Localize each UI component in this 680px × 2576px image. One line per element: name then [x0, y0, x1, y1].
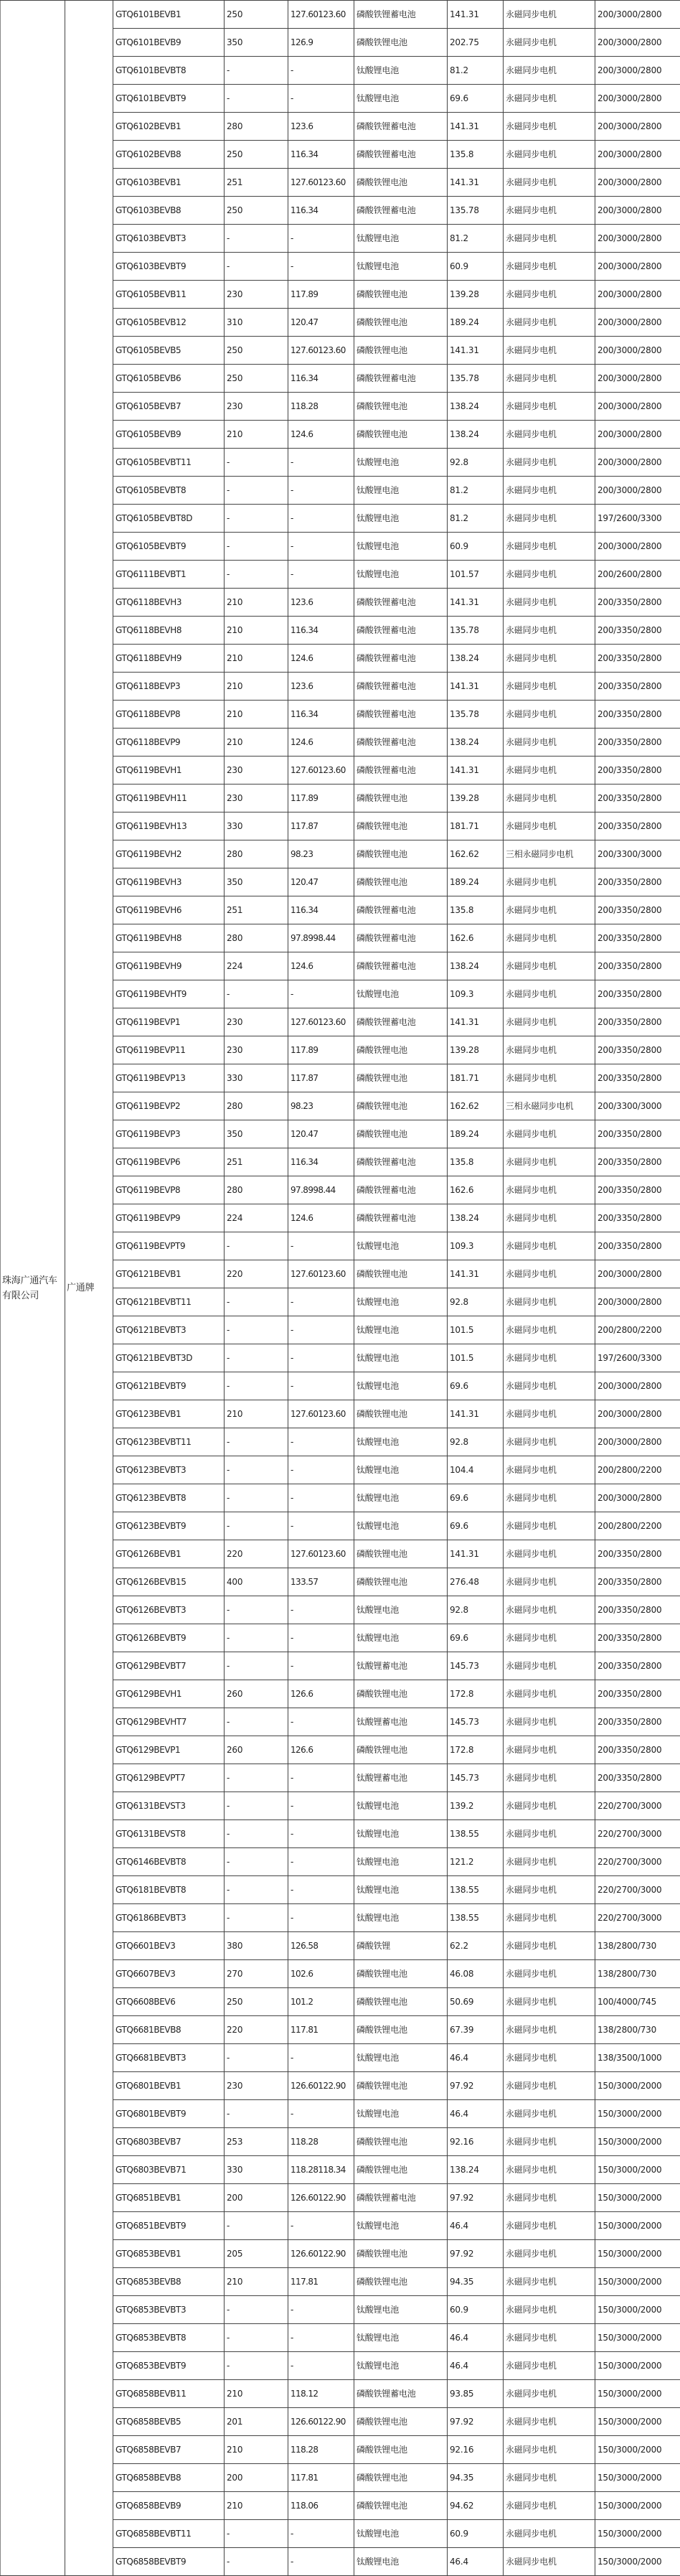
cell-battery-type: 磷酸铁锂电池	[354, 784, 448, 812]
cell-energy-density: -	[288, 1344, 354, 1372]
cell-motor-spec: 138/3500/1000	[595, 2044, 680, 2072]
cell-battery-capacity: 121.2	[448, 1848, 504, 1876]
cell-motor-spec: 200/3350/2800	[595, 1652, 680, 1680]
cell-motor-type: 永磁同步电机	[504, 701, 595, 729]
cell-range: 200	[225, 2464, 288, 2492]
cell-battery-capacity: 138.24	[448, 952, 504, 980]
cell-model: GTQ6119BEVH2	[113, 840, 225, 868]
cell-motor-type: 永磁同步电机	[504, 85, 595, 113]
cell-motor-spec: 200/3000/2800	[595, 57, 680, 85]
cell-battery-capacity: 172.8	[448, 1680, 504, 1708]
cell-battery-type: 磷酸铁锂电池	[354, 281, 448, 309]
cell-range: 350	[225, 868, 288, 896]
cell-motor-type: 永磁同步电机	[504, 617, 595, 645]
cell-model: GTQ6103BEVB1	[113, 169, 225, 197]
cell-motor-type: 永磁同步电机	[504, 2408, 595, 2436]
cell-model: GTQ6119BEVP1	[113, 1008, 225, 1036]
cell-motor-type: 永磁同步电机	[504, 337, 595, 365]
cell-model: GTQ6858BEVB5	[113, 2408, 225, 2436]
cell-model: GTQ6119BEVP6	[113, 1148, 225, 1176]
cell-battery-type: 磷酸铁锂电池	[354, 840, 448, 868]
cell-battery-type: 磷酸铁锂电池	[354, 1540, 448, 1568]
cell-model: GTQ6126BEVBT9	[113, 1624, 225, 1652]
cell-motor-type: 永磁同步电机	[504, 1736, 595, 1764]
cell-battery-capacity: 60.9	[448, 2296, 504, 2324]
cell-battery-capacity: 101.57	[448, 561, 504, 589]
cell-energy-density: 117.87	[288, 812, 354, 840]
cell-battery-capacity: 69.6	[448, 1512, 504, 1540]
cell-battery-capacity: 101.5	[448, 1316, 504, 1344]
cell-energy-density: 116.34	[288, 896, 354, 924]
cell-battery-type: 磷酸铁锂蓄电池	[354, 1204, 448, 1232]
cell-energy-density: -	[288, 225, 354, 253]
cell-motor-spec: 150/3000/2000	[595, 2240, 680, 2268]
cell-motor-type: 永磁同步电机	[504, 2352, 595, 2380]
cell-battery-capacity: 92.8	[448, 1288, 504, 1316]
cell-range: -	[225, 1652, 288, 1680]
cell-battery-type: 钛酸锂电池	[354, 1316, 448, 1344]
cell-energy-density: -	[288, 980, 354, 1008]
cell-motor-spec: 138/2800/730	[595, 2016, 680, 2044]
cell-range: 260	[225, 1736, 288, 1764]
cell-battery-capacity: 62.2	[448, 1932, 504, 1960]
cell-motor-spec: 150/3000/2000	[595, 2324, 680, 2352]
cell-motor-spec: 200/3350/2800	[595, 1176, 680, 1204]
cell-battery-type: 磷酸铁锂电池	[354, 2240, 448, 2268]
cell-battery-type: 钛酸锂蓄电池	[354, 1652, 448, 1680]
cell-motor-spec: 150/3000/2000	[595, 2128, 680, 2156]
cell-model: GTQ6118BEVH8	[113, 617, 225, 645]
cell-range: 210	[225, 701, 288, 729]
cell-battery-capacity: 141.31	[448, 1008, 504, 1036]
cell-range: 230	[225, 1036, 288, 1064]
cell-model: GTQ6102BEVB8	[113, 141, 225, 169]
cell-battery-type: 磷酸铁锂电池	[354, 29, 448, 57]
cell-battery-type: 磷酸铁锂蓄电池	[354, 729, 448, 757]
cell-model: GTQ6105BEVB7	[113, 393, 225, 421]
cell-motor-spec: 200/3350/2800	[595, 952, 680, 980]
cell-range: -	[225, 2520, 288, 2548]
cell-battery-type: 钛酸锂电池	[354, 2100, 448, 2128]
cell-model: GTQ6101BEVB9	[113, 29, 225, 57]
cell-battery-capacity: 138.24	[448, 729, 504, 757]
cell-battery-type: 钛酸锂电池	[354, 2044, 448, 2072]
cell-battery-capacity: 162.62	[448, 840, 504, 868]
cell-battery-capacity: 97.92	[448, 2240, 504, 2268]
cell-battery-capacity: 162.6	[448, 1176, 504, 1204]
cell-model: GTQ6119BEVH11	[113, 784, 225, 812]
cell-energy-density: -	[288, 1848, 354, 1876]
cell-model: GTQ6853BEVB8	[113, 2268, 225, 2296]
cell-range: 210	[225, 617, 288, 645]
cell-motor-spec: 200/3350/2800	[595, 589, 680, 617]
cell-model: GTQ6105BEVB6	[113, 365, 225, 393]
cell-model: GTQ6101BEVBT8	[113, 57, 225, 85]
cell-energy-density: -	[288, 449, 354, 477]
cell-motor-type: 三相永磁同步电机	[504, 840, 595, 868]
cell-energy-density: -	[288, 85, 354, 113]
cell-model: GTQ6851BEVB1	[113, 2184, 225, 2212]
cell-range: 210	[225, 2492, 288, 2520]
cell-motor-spec: 220/2700/3000	[595, 1876, 680, 1904]
cell-battery-type: 磷酸铁锂电池	[354, 1680, 448, 1708]
cell-motor-type: 永磁同步电机	[504, 1064, 595, 1092]
cell-model: GTQ6129BEVBT7	[113, 1652, 225, 1680]
cell-motor-type: 永磁同步电机	[504, 1512, 595, 1540]
cell-battery-type: 磷酸铁锂电池	[354, 1400, 448, 1428]
cell-motor-type: 永磁同步电机	[504, 2072, 595, 2100]
cell-battery-capacity: 92.8	[448, 1428, 504, 1456]
cell-motor-spec: 200/3350/2800	[595, 729, 680, 757]
cell-battery-capacity: 97.92	[448, 2072, 504, 2100]
cell-motor-spec: 150/3000/2000	[595, 2436, 680, 2464]
cell-motor-type: 永磁同步电机	[504, 421, 595, 449]
cell-battery-capacity: 138.24	[448, 2156, 504, 2184]
cell-energy-density: 123.6	[288, 673, 354, 701]
cell-motor-spec: 150/3000/2000	[595, 2156, 680, 2184]
cell-energy-density: 98.23	[288, 840, 354, 868]
cell-motor-spec: 200/3000/2800	[595, 309, 680, 337]
cell-range: 260	[225, 1680, 288, 1708]
cell-energy-density: -	[288, 1904, 354, 1932]
cell-motor-type: 永磁同步电机	[504, 561, 595, 589]
cell-model: GTQ6126BEVBT3	[113, 1596, 225, 1624]
cell-model: GTQ6858BEVB8	[113, 2464, 225, 2492]
cell-battery-capacity: 189.24	[448, 868, 504, 896]
cell-battery-capacity: 145.73	[448, 1764, 504, 1792]
cell-energy-density: 127.60123.60	[288, 1008, 354, 1036]
cell-battery-type: 钛酸锂电池	[354, 1820, 448, 1848]
cell-battery-capacity: 135.8	[448, 896, 504, 924]
cell-battery-type: 磷酸铁锂蓄电池	[354, 645, 448, 673]
cell-model: GTQ6103BEVB8	[113, 197, 225, 225]
cell-energy-density: 126.60122.90	[288, 2240, 354, 2268]
cell-battery-type: 磷酸铁锂电池	[354, 2492, 448, 2520]
cell-battery-capacity: 46.4	[448, 2100, 504, 2128]
cell-energy-density: -	[288, 1288, 354, 1316]
cell-battery-type: 钛酸锂电池	[354, 1456, 448, 1484]
cell-range: 220	[225, 2016, 288, 2044]
cell-battery-capacity: 141.31	[448, 1, 504, 29]
cell-model: GTQ6181BEVBT8	[113, 1876, 225, 1904]
cell-energy-density: 116.34	[288, 701, 354, 729]
cell-battery-capacity: 46.08	[448, 1960, 504, 1988]
cell-energy-density: -	[288, 1456, 354, 1484]
cell-battery-type: 钛酸锂电池	[354, 1624, 448, 1652]
cell-battery-type: 钛酸锂电池	[354, 2324, 448, 2352]
cell-motor-type: 永磁同步电机	[504, 253, 595, 281]
cell-motor-type: 永磁同步电机	[504, 1, 595, 29]
cell-model: GTQ6119BEVP11	[113, 1036, 225, 1064]
cell-model: GTQ6123BEVB1	[113, 1400, 225, 1428]
cell-energy-density: 123.6	[288, 113, 354, 141]
cell-battery-capacity: 46.4	[448, 2352, 504, 2380]
cell-battery-capacity: 138.55	[448, 1876, 504, 1904]
cell-energy-density: 124.6	[288, 421, 354, 449]
cell-motor-spec: 220/2700/3000	[595, 1904, 680, 1932]
cell-range: -	[225, 505, 288, 533]
cell-motor-spec: 150/3000/2000	[595, 2296, 680, 2324]
cell-motor-spec: 200/3000/2800	[595, 113, 680, 141]
cell-energy-density: -	[288, 561, 354, 589]
cell-energy-density: -	[288, 1652, 354, 1680]
cell-motor-spec: 200/3350/2800	[595, 1568, 680, 1596]
cell-battery-type: 钛酸锂电池	[354, 1232, 448, 1260]
cell-motor-spec: 200/3000/2800	[595, 337, 680, 365]
cell-range: 250	[225, 197, 288, 225]
cell-model: GTQ6119BEVH8	[113, 924, 225, 952]
cell-range: 280	[225, 840, 288, 868]
cell-motor-spec: 200/3000/2800	[595, 449, 680, 477]
cell-motor-type: 永磁同步电机	[504, 2520, 595, 2548]
cell-model: GTQ6851BEVBT9	[113, 2212, 225, 2240]
cell-motor-type: 永磁同步电机	[504, 784, 595, 812]
cell-motor-type: 永磁同步电机	[504, 2240, 595, 2268]
cell-model: GTQ6801BEVB1	[113, 2072, 225, 2100]
cell-range: 220	[225, 1260, 288, 1288]
cell-battery-type: 钛酸锂电池	[354, 1512, 448, 1540]
cell-model: GTQ6131BEVST8	[113, 1820, 225, 1848]
cell-battery-capacity: 60.9	[448, 253, 504, 281]
cell-energy-density: -	[288, 1372, 354, 1400]
cell-battery-type: 磷酸铁锂蓄电池	[354, 589, 448, 617]
cell-energy-density: 127.60123.60	[288, 1, 354, 29]
cell-range: -	[225, 980, 288, 1008]
cell-motor-spec: 150/3000/2000	[595, 2380, 680, 2408]
cell-energy-density: -	[288, 1596, 354, 1624]
cell-energy-density: 127.60123.60	[288, 1400, 354, 1428]
cell-motor-spec: 200/3000/2800	[595, 533, 680, 561]
cell-battery-capacity: 60.9	[448, 533, 504, 561]
cell-battery-type: 磷酸铁锂电池	[354, 812, 448, 840]
cell-range: -	[225, 225, 288, 253]
cell-motor-spec: 220/2700/3000	[595, 1848, 680, 1876]
cell-model: GTQ6121BEVB1	[113, 1260, 225, 1288]
cell-battery-capacity: 189.24	[448, 309, 504, 337]
cell-battery-type: 磷酸铁锂蓄电池	[354, 113, 448, 141]
cell-energy-density: 120.47	[288, 868, 354, 896]
cell-motor-spec: 200/3000/2800	[595, 85, 680, 113]
cell-battery-type: 磷酸铁锂电池	[354, 2464, 448, 2492]
cell-motor-type: 永磁同步电机	[504, 1708, 595, 1736]
cell-battery-type: 钛酸锂电池	[354, 449, 448, 477]
cell-motor-spec: 200/3350/2800	[595, 1540, 680, 1568]
cell-battery-type: 钛酸锂电池	[354, 1904, 448, 1932]
cell-model: GTQ6607BEV3	[113, 1960, 225, 1988]
cell-battery-capacity: 69.6	[448, 85, 504, 113]
cell-motor-type: 永磁同步电机	[504, 924, 595, 952]
cell-energy-density: 118.28	[288, 393, 354, 421]
cell-model: GTQ6853BEVB1	[113, 2240, 225, 2268]
cell-motor-type: 永磁同步电机	[504, 1848, 595, 1876]
cell-battery-type: 磷酸铁锂蓄电池	[354, 701, 448, 729]
cell-energy-density: 116.34	[288, 1148, 354, 1176]
cell-motor-spec: 200/3300/3000	[595, 1092, 680, 1120]
cell-energy-density: -	[288, 1876, 354, 1904]
cell-model: GTQ6681BEVBT3	[113, 2044, 225, 2072]
cell-motor-type: 永磁同步电机	[504, 1596, 595, 1624]
cell-motor-spec: 200/3350/2800	[595, 617, 680, 645]
cell-battery-type: 磷酸铁锂电池	[354, 2156, 448, 2184]
cell-range: 210	[225, 673, 288, 701]
cell-model: GTQ6123BEVBT3	[113, 1456, 225, 1484]
cell-battery-type: 磷酸铁锂电池	[354, 1092, 448, 1120]
cell-range: -	[225, 2324, 288, 2352]
cell-motor-type: 永磁同步电机	[504, 589, 595, 617]
cell-battery-capacity: 141.31	[448, 673, 504, 701]
cell-motor-spec: 138/2800/730	[595, 1932, 680, 1960]
cell-energy-density: -	[288, 2548, 354, 2576]
cell-motor-spec: 200/3000/2800	[595, 421, 680, 449]
cell-motor-spec: 150/3000/2000	[595, 2100, 680, 2128]
cell-battery-capacity: 92.16	[448, 2128, 504, 2156]
cell-motor-spec: 200/3000/2800	[595, 225, 680, 253]
cell-energy-density: 126.60122.90	[288, 2408, 354, 2436]
cell-range: 270	[225, 1960, 288, 1988]
cell-range: 250	[225, 365, 288, 393]
cell-battery-type: 磷酸铁锂电池	[354, 2128, 448, 2156]
cell-model: GTQ6119BEVP2	[113, 1092, 225, 1120]
cell-motor-type: 永磁同步电机	[504, 1820, 595, 1848]
vehicle-spec-table: 珠海广通汽车有限公司广通牌GTQ6101BEVB1250127.60123.60…	[0, 0, 680, 2576]
cell-energy-density: 127.60123.60	[288, 1540, 354, 1568]
cell-energy-density: 118.28	[288, 2128, 354, 2156]
cell-model: GTQ6118BEVH9	[113, 645, 225, 673]
cell-battery-type: 磷酸铁锂电池	[354, 2016, 448, 2044]
cell-model: GTQ6119BEVH6	[113, 896, 225, 924]
cell-energy-density: -	[288, 1792, 354, 1820]
cell-range: 230	[225, 784, 288, 812]
cell-motor-type: 永磁同步电机	[504, 225, 595, 253]
cell-range: 230	[225, 1008, 288, 1036]
cell-battery-type: 磷酸铁锂电池	[354, 1960, 448, 1988]
cell-battery-capacity: 135.8	[448, 141, 504, 169]
cell-motor-spec: 197/2600/3300	[595, 1344, 680, 1372]
cell-battery-capacity: 69.6	[448, 1624, 504, 1652]
cell-model: GTQ6119BEVP13	[113, 1064, 225, 1092]
cell-energy-density: -	[288, 505, 354, 533]
cell-motor-type: 永磁同步电机	[504, 169, 595, 197]
cell-range: -	[225, 2296, 288, 2324]
cell-model: GTQ6119BEVH13	[113, 812, 225, 840]
cell-battery-type: 磷酸铁锂电池	[354, 1736, 448, 1764]
cell-motor-spec: 200/3000/2800	[595, 253, 680, 281]
table-body: 珠海广通汽车有限公司广通牌GTQ6101BEVB1250127.60123.60…	[1, 1, 680, 2576]
cell-battery-capacity: 135.78	[448, 617, 504, 645]
cell-motor-type: 永磁同步电机	[504, 980, 595, 1008]
cell-range: 220	[225, 1540, 288, 1568]
cell-battery-type: 钛酸锂电池	[354, 57, 448, 85]
cell-battery-type: 磷酸铁锂蓄电池	[354, 1176, 448, 1204]
cell-energy-density: 127.60123.60	[288, 337, 354, 365]
cell-battery-type: 钛酸锂电池	[354, 2548, 448, 2576]
cell-range: 400	[225, 1568, 288, 1596]
cell-motor-spec: 200/3350/2800	[595, 701, 680, 729]
cell-motor-spec: 200/3350/2800	[595, 1232, 680, 1260]
cell-range: 350	[225, 1120, 288, 1148]
cell-motor-spec: 150/3000/2000	[595, 2408, 680, 2436]
cell-range: 224	[225, 1204, 288, 1232]
cell-battery-type: 钛酸锂电池	[354, 1428, 448, 1456]
cell-battery-type: 磷酸铁锂蓄电池	[354, 952, 448, 980]
cell-range: 251	[225, 896, 288, 924]
cell-battery-type: 钛酸锂电池	[354, 2212, 448, 2240]
cell-battery-type: 磷酸铁锂	[354, 1932, 448, 1960]
cell-motor-type: 永磁同步电机	[504, 2324, 595, 2352]
cell-range: 280	[225, 924, 288, 952]
cell-model: GTQ6121BEVBT9	[113, 1372, 225, 1400]
cell-energy-density: 127.60123.60	[288, 1260, 354, 1288]
cell-model: GTQ6103BEVBT9	[113, 253, 225, 281]
cell-battery-type: 钛酸锂电池	[354, 225, 448, 253]
cell-motor-spec: 200/3350/2800	[595, 1736, 680, 1764]
cell-motor-spec: 200/3000/2800	[595, 393, 680, 421]
cell-range: -	[225, 1708, 288, 1736]
cell-model: GTQ6858BEVB11	[113, 2380, 225, 2408]
cell-motor-type: 永磁同步电机	[504, 1624, 595, 1652]
cell-battery-type: 磷酸铁锂蓄电池	[354, 896, 448, 924]
cell-motor-spec: 200/3350/2800	[595, 645, 680, 673]
cell-range: -	[225, 1512, 288, 1540]
cell-range: -	[225, 1792, 288, 1820]
cell-model: GTQ6105BEVB12	[113, 309, 225, 337]
cell-motor-type: 永磁同步电机	[504, 1344, 595, 1372]
cell-energy-density: 126.58	[288, 1932, 354, 1960]
cell-motor-type: 永磁同步电机	[504, 393, 595, 421]
cell-battery-capacity: 138.55	[448, 1904, 504, 1932]
cell-range: -	[225, 1596, 288, 1624]
cell-energy-density: 116.34	[288, 617, 354, 645]
cell-energy-density: -	[288, 2044, 354, 2072]
cell-energy-density: 126.6	[288, 1736, 354, 1764]
cell-range: 224	[225, 952, 288, 980]
cell-motor-type: 永磁同步电机	[504, 29, 595, 57]
cell-battery-capacity: 101.5	[448, 1344, 504, 1372]
cell-energy-density: 133.57	[288, 1568, 354, 1596]
cell-motor-type: 永磁同步电机	[504, 141, 595, 169]
cell-battery-capacity: 94.35	[448, 2268, 504, 2296]
cell-range: 210	[225, 589, 288, 617]
cell-model: GTQ6608BEV6	[113, 1988, 225, 2016]
cell-range: 280	[225, 1092, 288, 1120]
cell-motor-spec: 200/3350/2800	[595, 896, 680, 924]
cell-energy-density: -	[288, 1428, 354, 1456]
cell-model: GTQ6121BEVBT11	[113, 1288, 225, 1316]
cell-motor-spec: 200/3350/2800	[595, 1596, 680, 1624]
cell-model: GTQ6119BEVH3	[113, 868, 225, 896]
cell-motor-spec: 220/2700/3000	[595, 1820, 680, 1848]
cell-energy-density: 117.89	[288, 281, 354, 309]
cell-motor-type: 永磁同步电机	[504, 1932, 595, 1960]
cell-model: GTQ6601BEV3	[113, 1932, 225, 1960]
cell-model: GTQ6105BEVB5	[113, 337, 225, 365]
cell-model: GTQ6105BEVBT11	[113, 449, 225, 477]
cell-motor-type: 永磁同步电机	[504, 1792, 595, 1820]
cell-motor-spec: 200/2800/2200	[595, 1456, 680, 1484]
cell-motor-type: 永磁同步电机	[504, 1372, 595, 1400]
cell-motor-type: 永磁同步电机	[504, 1316, 595, 1344]
cell-motor-type: 永磁同步电机	[504, 2184, 595, 2212]
cell-battery-capacity: 92.16	[448, 2436, 504, 2464]
cell-motor-spec: 150/3000/2000	[595, 2268, 680, 2296]
cell-model: GTQ6121BEVBT3D	[113, 1344, 225, 1372]
cell-motor-type: 永磁同步电机	[504, 1036, 595, 1064]
cell-motor-spec: 200/3000/2800	[595, 1260, 680, 1288]
cell-motor-type: 永磁同步电机	[504, 2212, 595, 2240]
cell-model: GTQ6853BEVBT9	[113, 2352, 225, 2380]
cell-battery-type: 钛酸锂电池	[354, 2520, 448, 2548]
cell-battery-type: 磷酸铁锂电池	[354, 1120, 448, 1148]
